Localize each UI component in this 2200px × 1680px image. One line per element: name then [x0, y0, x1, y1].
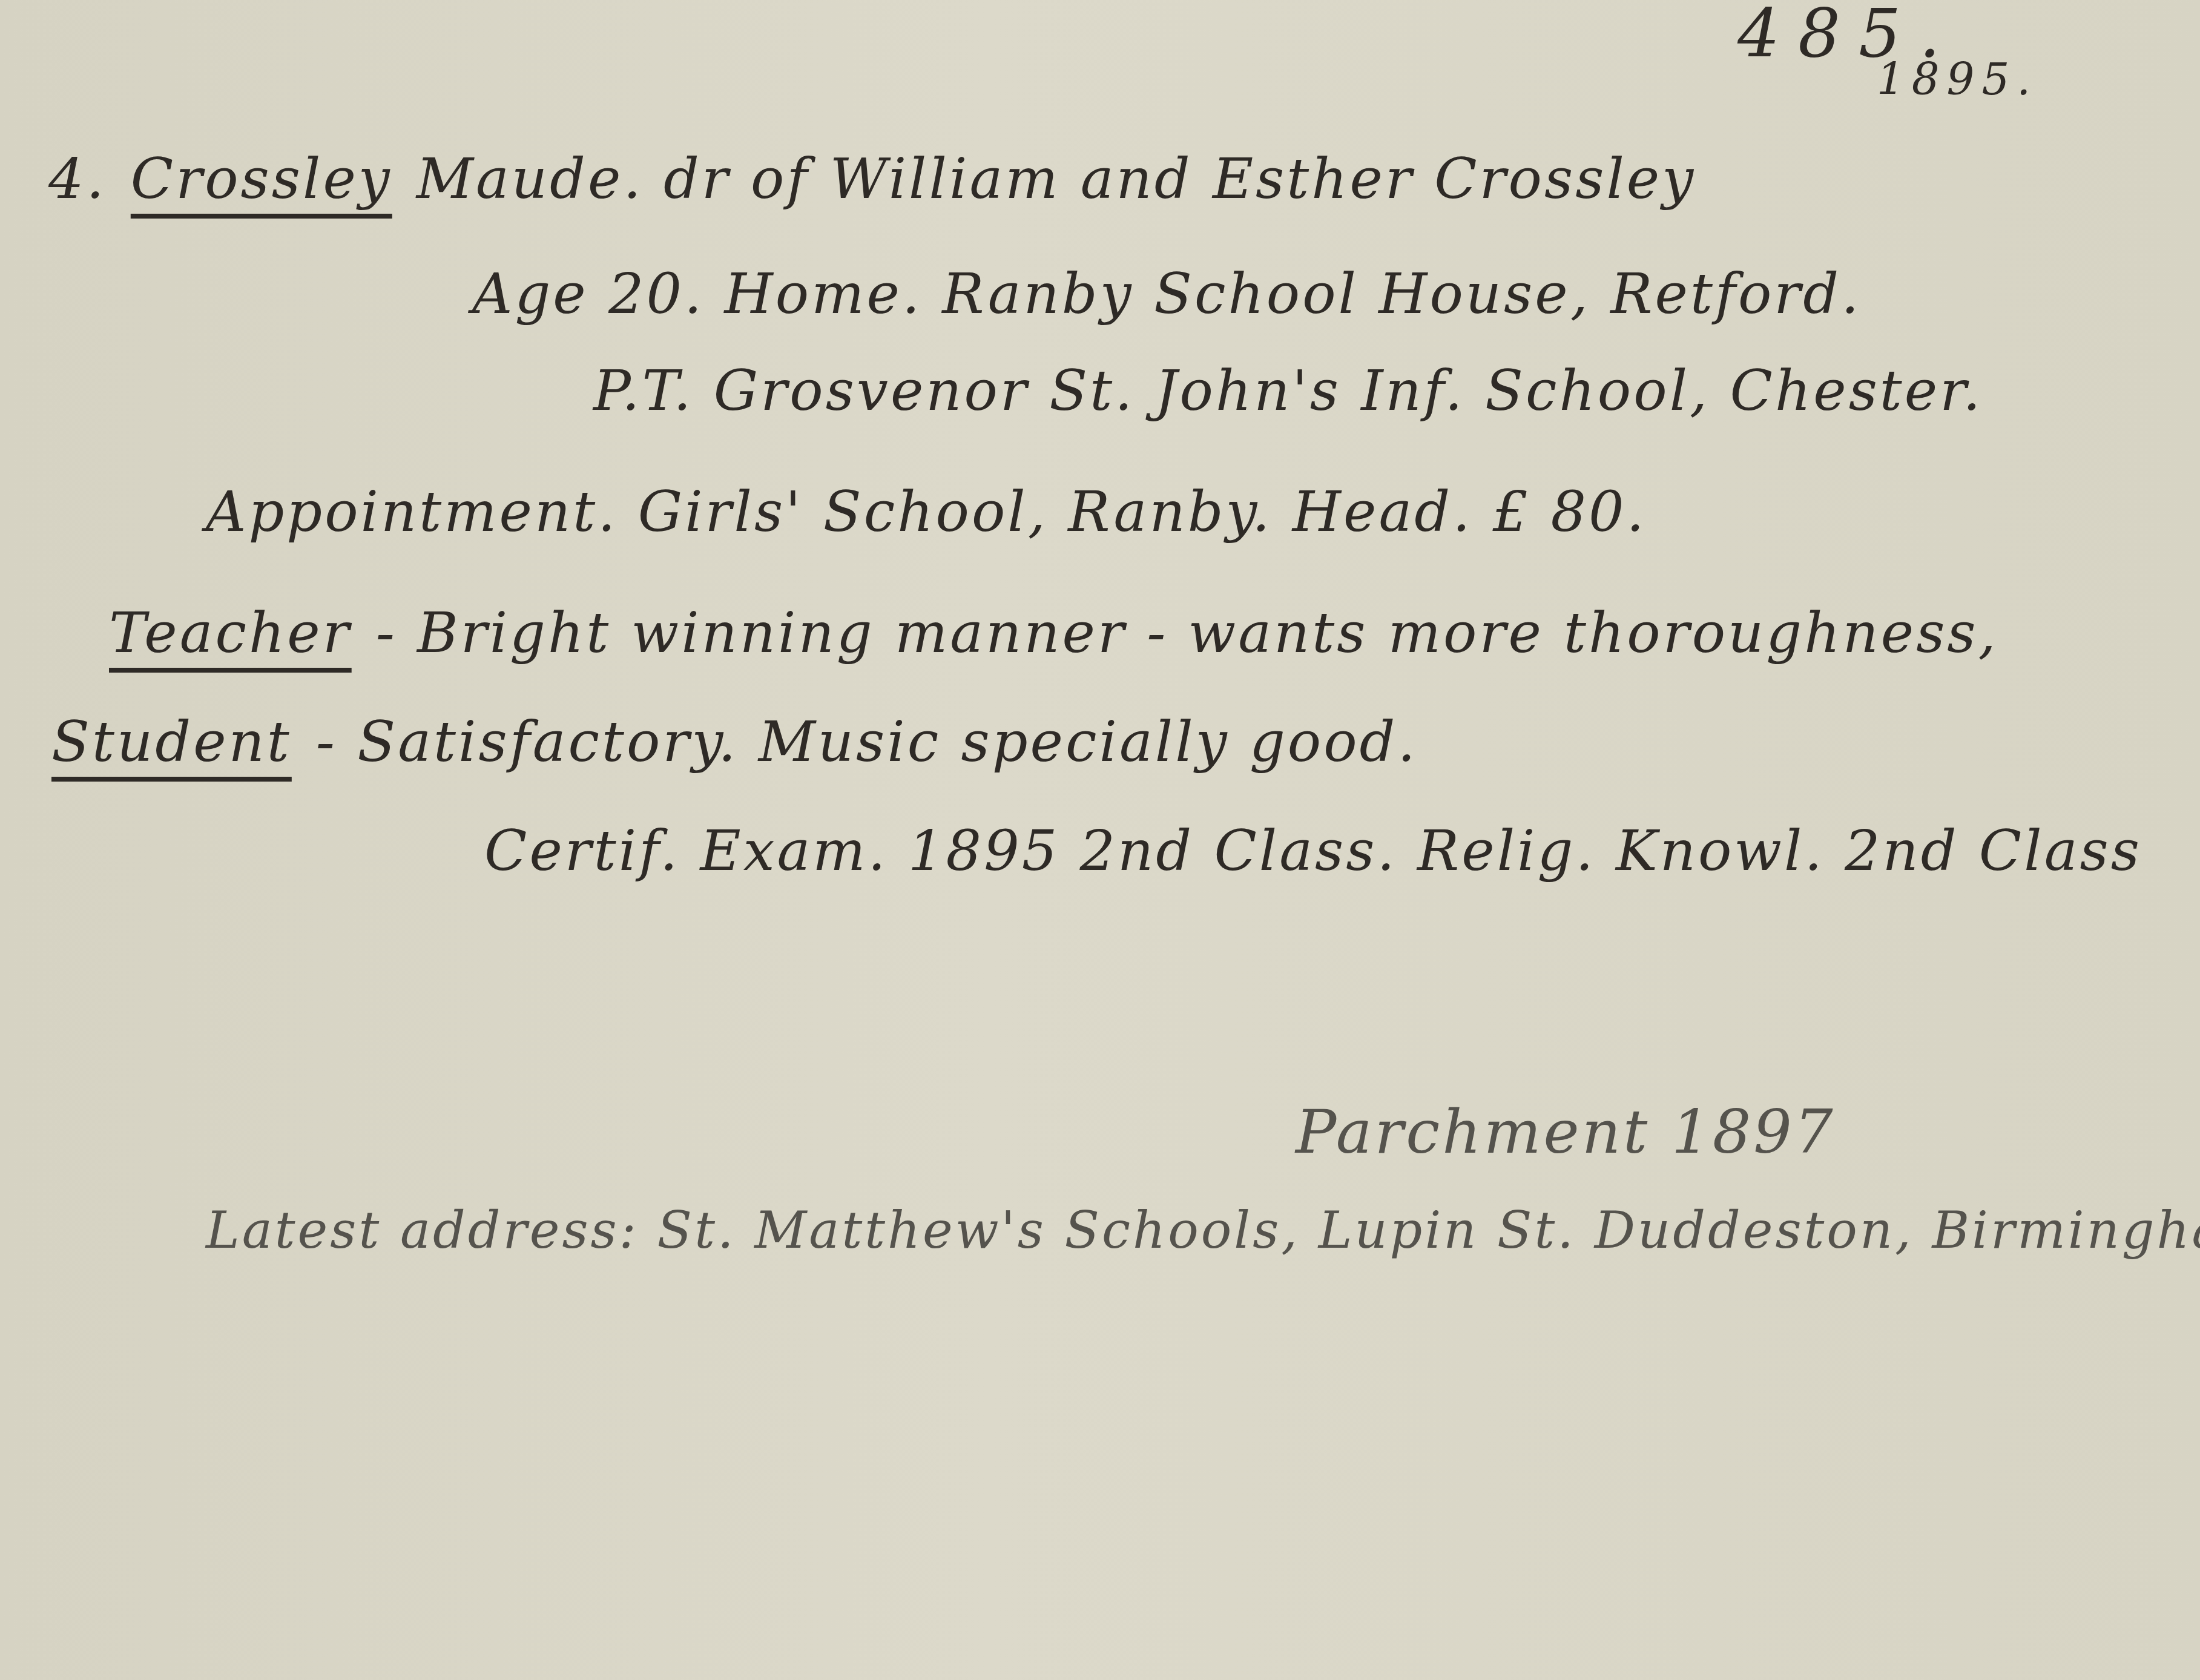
surname: Crossley	[131, 147, 392, 211]
teacher-remark: - Bright winning manner - wants more tho…	[376, 601, 1998, 665]
certificate-line: Certif. Exam. 1895 2nd Class. Relig. Kno…	[484, 823, 2142, 879]
pupil-teacher-line: P.T. Grosvenor St. John's Inf. School, C…	[593, 363, 1983, 419]
register-page: 485. 1895. 4.CrossleyMaude. dr of Willia…	[0, 0, 2200, 1680]
register-year: 1895.	[1877, 58, 2038, 101]
teacher-remark-line: Teacher- Bright winning manner - wants m…	[109, 605, 1998, 661]
record-index: 4.	[48, 147, 107, 211]
student-label: Student	[51, 710, 292, 774]
appointment-line: Appointment. Girls' School, Ranby. Head.…	[206, 484, 1647, 540]
student-remark-line: Student- Satisfactory. Music specially g…	[51, 714, 1418, 770]
teacher-label: Teacher	[109, 601, 352, 665]
latest-address-line: Latest address: St. Matthew's Schools, L…	[206, 1205, 2200, 1256]
name-line: 4.CrossleyMaude. dr of William and Esthe…	[48, 151, 1696, 207]
parchment-line: Parchment 1897	[1296, 1102, 1836, 1162]
age-home-line: Age 20. Home. Ranby School House, Retfor…	[472, 266, 1861, 322]
student-remark: - Satisfactory. Music specially good.	[316, 710, 1418, 774]
given-name-parents: Maude. dr of William and Esther Crossley	[417, 147, 1696, 211]
